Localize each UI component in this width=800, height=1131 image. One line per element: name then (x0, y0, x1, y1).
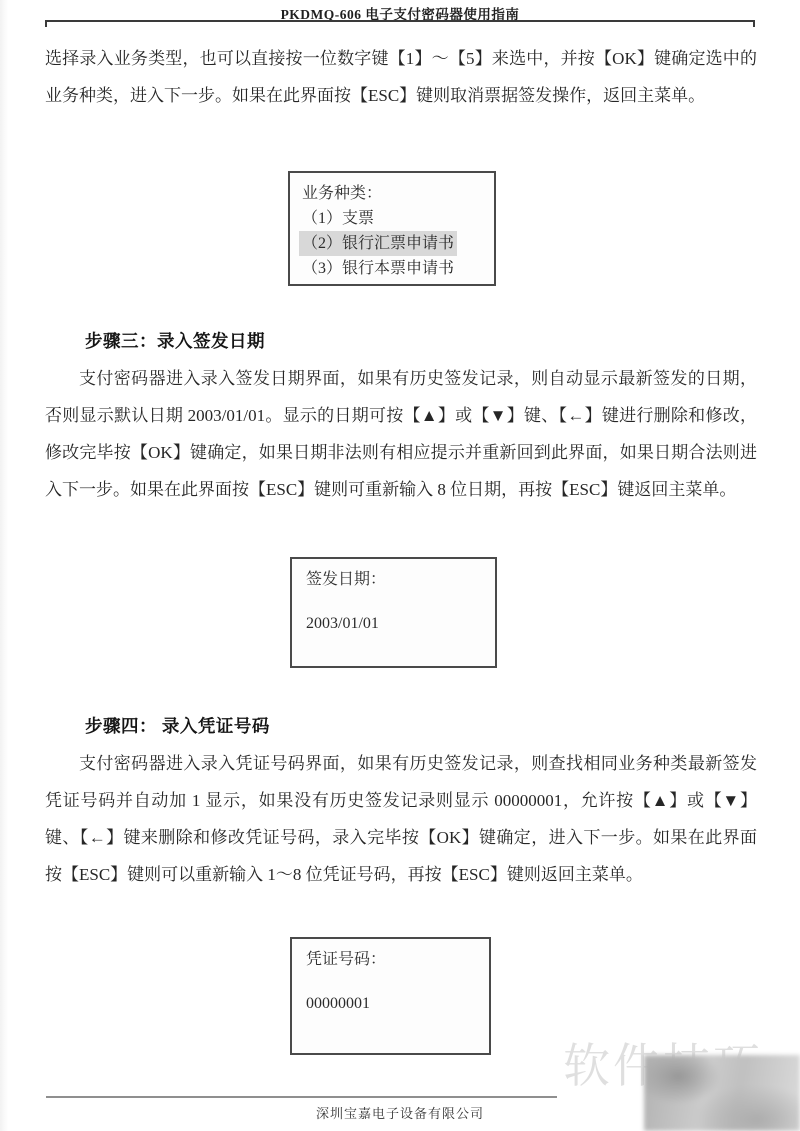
business-type-option-3: （3）银行本票申请书 (302, 256, 494, 281)
footer-divider (46, 1096, 557, 1098)
manual-page: PKDMQ-606 电子支付密码器使用指南 选择录入业务类型，也可以直接按一位数… (0, 0, 800, 1131)
step3-paragraph: 支付密码器进入录入签发日期界面，如果有历史签发记录，则自动显示最新签发的日期，否… (45, 360, 757, 508)
issue-date-screen: 签发日期： 2003/01/01 (290, 557, 497, 668)
step4-heading: 步骤四： 录入凭证号码 (85, 713, 270, 738)
business-type-title: 业务种类： (302, 181, 494, 206)
voucher-number-label: 凭证号码： (306, 949, 489, 971)
scan-artifact-blob (644, 1055, 800, 1131)
option-label-highlighted: （2）银行汇票申请书 (299, 231, 457, 256)
header-divider (45, 20, 755, 22)
issue-date-value: 2003/01/01 (306, 613, 495, 635)
page-edge-shadow (0, 0, 8, 1131)
voucher-number-value: 00000001 (306, 993, 489, 1015)
step4-paragraph: 支付密码器进入录入凭证号码界面，如果有历史签发记录，则查找相同业务种类最新签发凭… (45, 745, 757, 893)
business-type-option-2-selected: （2）银行汇票申请书 (302, 231, 494, 256)
voucher-number-screen: 凭证号码： 00000001 (290, 937, 491, 1055)
step3-heading: 步骤三：录入签发日期 (85, 328, 265, 353)
issue-date-label: 签发日期： (306, 569, 495, 591)
intro-paragraph: 选择录入业务类型，也可以直接按一位数字键【1】～【5】来选中，并按【OK】键确定… (45, 40, 757, 114)
business-type-screen: 业务种类： （1）支票 （2）银行汇票申请书 （3）银行本票申请书 (288, 171, 496, 286)
option-label: （3）银行本票申请书 (299, 256, 457, 281)
business-type-option-1: （1）支票 (302, 206, 494, 231)
option-label: （1）支票 (299, 206, 377, 231)
